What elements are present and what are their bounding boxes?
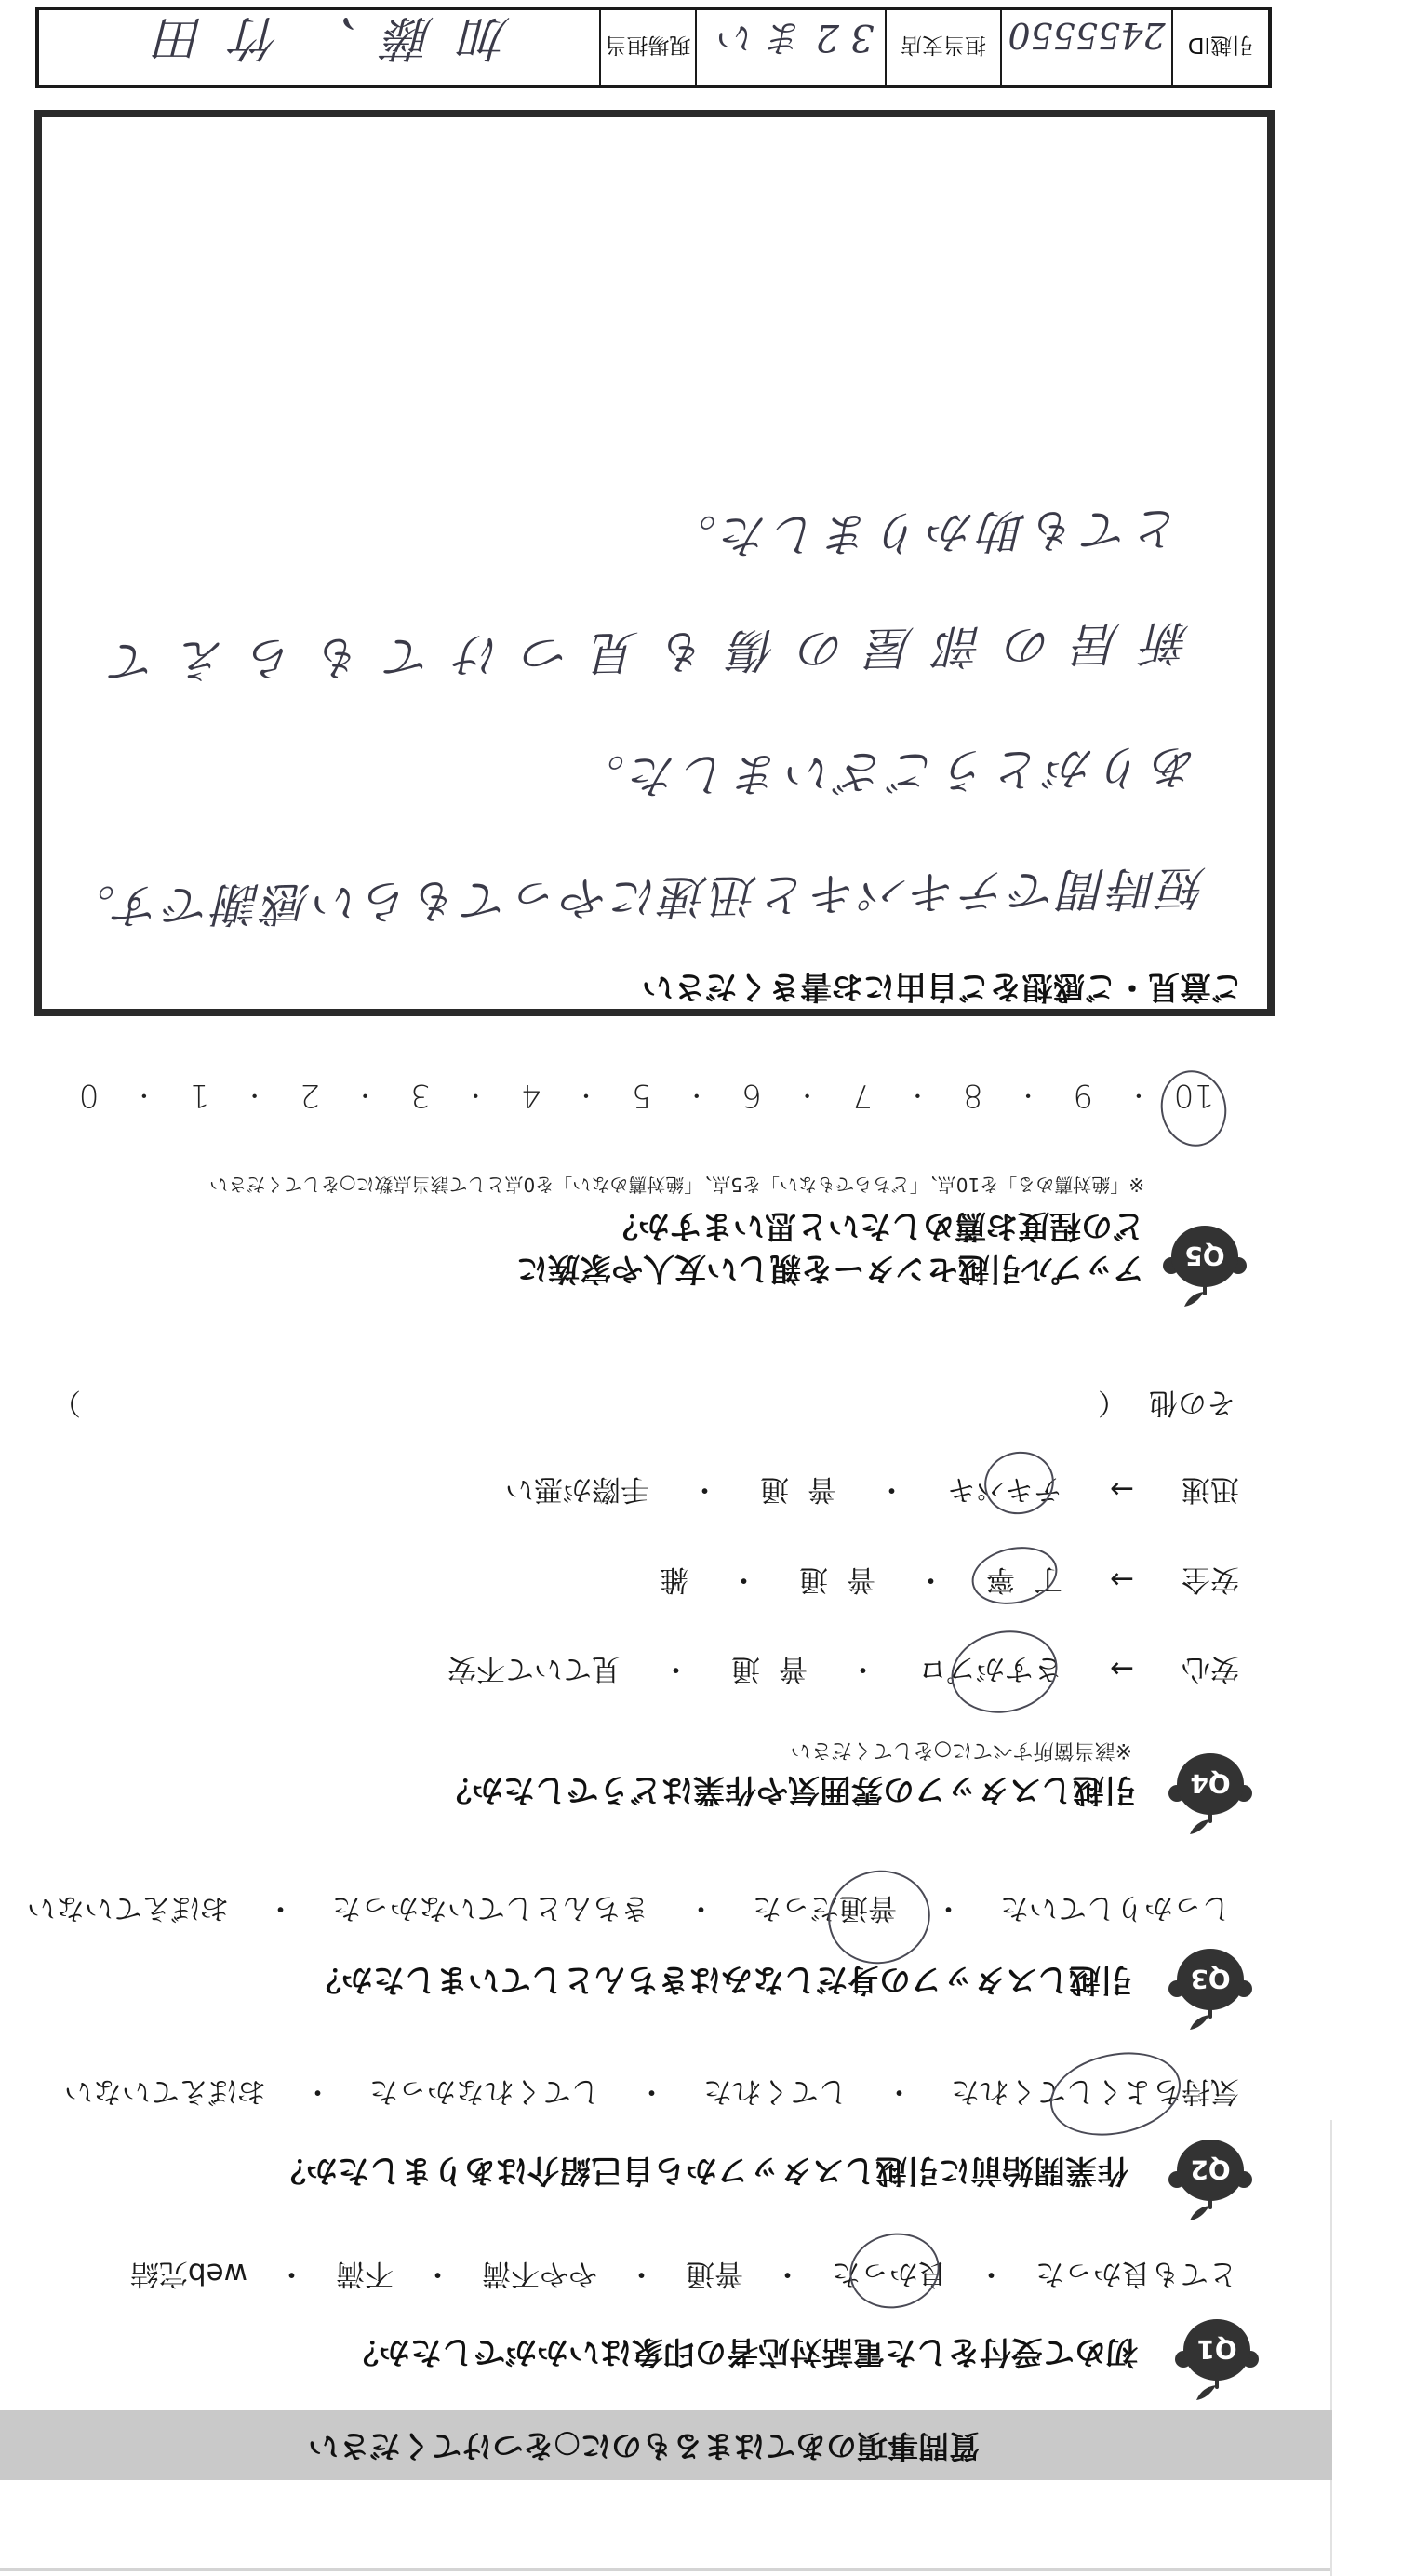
arrow-right-icon: → [1110, 1562, 1134, 1597]
q4-other-close-paren: ） [52, 1385, 81, 1420]
branch-value-cell: 32まい [697, 10, 887, 85]
separator: ・ [877, 1471, 906, 1507]
site-staff-label: 現場担当 [606, 33, 691, 63]
q4-option: 手際が悪い [505, 1471, 649, 1507]
score-option: 2 [282, 1076, 337, 1115]
separator: ・ [1111, 1076, 1166, 1115]
q1-option: やや不満 [482, 2256, 597, 2291]
arrow-right-icon: → [1110, 1471, 1134, 1507]
separator: ・ [227, 1076, 282, 1115]
separator: ・ [687, 1890, 715, 1925]
move-id-label: 引越ID [1188, 33, 1254, 63]
q4-other-field [90, 1385, 1086, 1420]
score-option: 8 [945, 1076, 1000, 1115]
q4-jinsoku-answer-circle [979, 1445, 1060, 1521]
separator: ・ [277, 2256, 306, 2291]
separator: ・ [338, 1076, 393, 1115]
scan-edge-left [1330, 2120, 1332, 2576]
handwritten-comment-line: 短時間でテキパキと迅速にやってもらい感謝です。 [65, 859, 1207, 934]
q4-option: 雑 [660, 1562, 688, 1597]
comments-heading: ご意見・ご感想をご自由にお書きください [642, 968, 1243, 1005]
q4-option: 普通 [741, 1471, 836, 1507]
q2-apple-badge-icon: Q2 [1166, 2135, 1255, 2228]
score-option: 4 [503, 1076, 558, 1115]
arrow-right-icon: → [1110, 1651, 1134, 1686]
q5-question-line-2: どの程度お薦めしたいと思いますか？ [607, 1207, 1144, 1244]
move-id-value: 2455550 [1008, 15, 1165, 80]
q4-apple-badge-icon: Q4 [1166, 1749, 1255, 1842]
q4-row-label: 迅速 [1182, 1471, 1239, 1507]
q2-option: おぼえていない [64, 2073, 266, 2109]
branch-label: 担当支店 [901, 33, 986, 63]
q3-badge-label: Q3 [1190, 1964, 1230, 1994]
score-option: 6 [724, 1076, 779, 1115]
separator: ・ [916, 1562, 945, 1597]
q3-option: きちんとしていなかった [332, 1890, 649, 1925]
q5-apple-badge-icon: Q5 [1160, 1221, 1249, 1314]
comments-box: ご意見・ご感想をご自由にお書きください 短時間でテキパキと迅速にやってもらい感謝… [34, 110, 1275, 1016]
separator: ・ [773, 2256, 802, 2291]
instruction-banner-text: 質問事項のあてはまるものに○をつけてください [308, 2427, 980, 2464]
q1-option: 不満 [336, 2256, 394, 2291]
q1-options: とても良かった ・ 良かった ・ 普通 ・ やや不満 ・ 不満 ・ web完結 [130, 2256, 1237, 2291]
move-id-label-cell: 引越ID [1173, 10, 1268, 85]
q4-note: ※該当箇所すべてに○をしてください [791, 1737, 1132, 1762]
q3-option: おぼえていない [27, 1890, 229, 1925]
separator: ・ [448, 1076, 503, 1115]
score-option: 7 [835, 1076, 889, 1115]
q5-score-scale: 10 ・ 9 ・ 8 ・ 7 ・ 6 ・ 5 ・ 4 ・ 3 ・ 2 ・ 1 ・… [61, 1076, 1222, 1115]
q3-answer-circle [820, 1861, 939, 1974]
score-option: 3 [393, 1076, 447, 1115]
q1-apple-badge-icon: Q1 [1172, 2314, 1262, 2408]
survey-form-page: 質問事項のあてはまるものに○をつけてください Q1 初めて受付をした電話対応者の… [0, 0, 1402, 2576]
q2-option: してくれなかった [369, 2073, 600, 2109]
q2-option: してくれた [703, 2073, 848, 2109]
site-staff-value: 加藤、竹田 [128, 8, 510, 87]
separator: ・ [303, 2073, 332, 2109]
branch-label-cell: 担当支店 [887, 10, 1002, 85]
q1-option: とても良かった [1035, 2256, 1237, 2291]
q5-note: ※「絶対薦める」を10点、「どちらでもない」を5点、「絶対薦めない」を0点として… [209, 1173, 1144, 1197]
q3-options: しっかりしていた ・ 普通だった ・ きちんとしていなかった ・ おぼえていない [27, 1890, 1231, 1925]
separator: ・ [885, 2073, 914, 2109]
separator: ・ [690, 1471, 719, 1507]
separator: ・ [934, 1890, 963, 1925]
scan-edge-top [0, 2568, 1332, 2571]
q3-question: 引越しスタッフの身だしなみはきちんとしていましたか？ [310, 1961, 1132, 1998]
q4-other-label: その他 [1149, 1385, 1235, 1420]
q4-row-jinsoku: 迅速 → テキパキ ・ 普通 ・ 手際が悪い [505, 1471, 1239, 1507]
q4-anzen-answer-circle [967, 1539, 1062, 1612]
q4-option: 見ていて不安 [447, 1651, 621, 1686]
move-info-table: 引越ID 2455550 担当支店 32まい 現場担当 加藤、竹田 [35, 7, 1272, 88]
q4-question: 引越しスタッフの雰囲気や作業はどうでしたか？ [440, 1771, 1136, 1808]
separator: ・ [637, 2073, 666, 2109]
score-option: 0 [61, 1076, 116, 1115]
separator: ・ [423, 2256, 452, 2291]
separator: ・ [1000, 1076, 1055, 1115]
separator: ・ [890, 1076, 945, 1115]
q4-option: 普通 [713, 1651, 808, 1686]
separator: ・ [848, 1651, 877, 1686]
separator: ・ [627, 2256, 656, 2291]
separator: ・ [116, 1076, 171, 1115]
q3-option: しっかりしていた [1000, 1890, 1231, 1925]
q2-question: 作業開始前に引越しスタッフから自己紹介はありましたか？ [274, 2152, 1128, 2189]
q1-option: web完結 [130, 2256, 247, 2291]
handwritten-comment-line: ありがとうございました。 [573, 738, 1199, 805]
site-staff-label-cell: 現場担当 [601, 10, 697, 85]
q4-other-open-paren: （ [1098, 1385, 1127, 1420]
separator: ・ [558, 1076, 613, 1115]
q1-option: 普通 [686, 2256, 743, 2291]
q2-badge-label: Q2 [1190, 2154, 1230, 2185]
site-staff-value-cell: 加藤、竹田 [39, 10, 601, 85]
score-option: 1 [172, 1076, 227, 1115]
score-option: 9 [1056, 1076, 1111, 1115]
branch-value: 32まい [708, 15, 875, 81]
handwritten-comment-line: 新居の部屋の傷も見つけてもらえて [88, 614, 1191, 690]
separator: ・ [780, 1076, 835, 1115]
q5-badge-label: Q5 [1184, 1241, 1224, 1271]
score-option: 5 [614, 1076, 669, 1115]
handwritten-comment-line: とても助かりました。 [665, 500, 1182, 565]
move-id-value-cell: 2455550 [1002, 10, 1173, 85]
separator: ・ [669, 1076, 724, 1115]
q1-question: 初めて受付をした電話対応者の印象はいかがでしたか？ [347, 2333, 1138, 2370]
q4-row-label: 安全 [1182, 1562, 1239, 1597]
q4-option: 普通 [781, 1562, 875, 1597]
q5-question-line-1: アップル引越センターを親しい友人や家族に [516, 1250, 1144, 1287]
separator: ・ [729, 1562, 758, 1597]
q4-row-label: 安心 [1182, 1651, 1239, 1686]
separator: ・ [266, 1890, 295, 1925]
q4-row-anzen: 安全 → 丁寧 ・ 普通 ・ 雑 [660, 1562, 1239, 1597]
q4-row-anshin: 安心 → さすがプロ ・ 普通 ・ 見ていて不安 [447, 1651, 1239, 1686]
separator: ・ [977, 2256, 1006, 2291]
q1-badge-label: Q1 [1196, 2334, 1236, 2365]
q3-apple-badge-icon: Q3 [1166, 1944, 1255, 2037]
separator: ・ [661, 1651, 690, 1686]
q4-anshin-answer-circle [943, 1621, 1065, 1723]
instruction-banner: 質問事項のあてはまるものに○をつけてください [0, 2410, 1332, 2480]
q4-badge-label: Q4 [1190, 1768, 1230, 1799]
q1-answer-circle [843, 2225, 947, 2316]
q2-answer-circle [1043, 2041, 1189, 2147]
